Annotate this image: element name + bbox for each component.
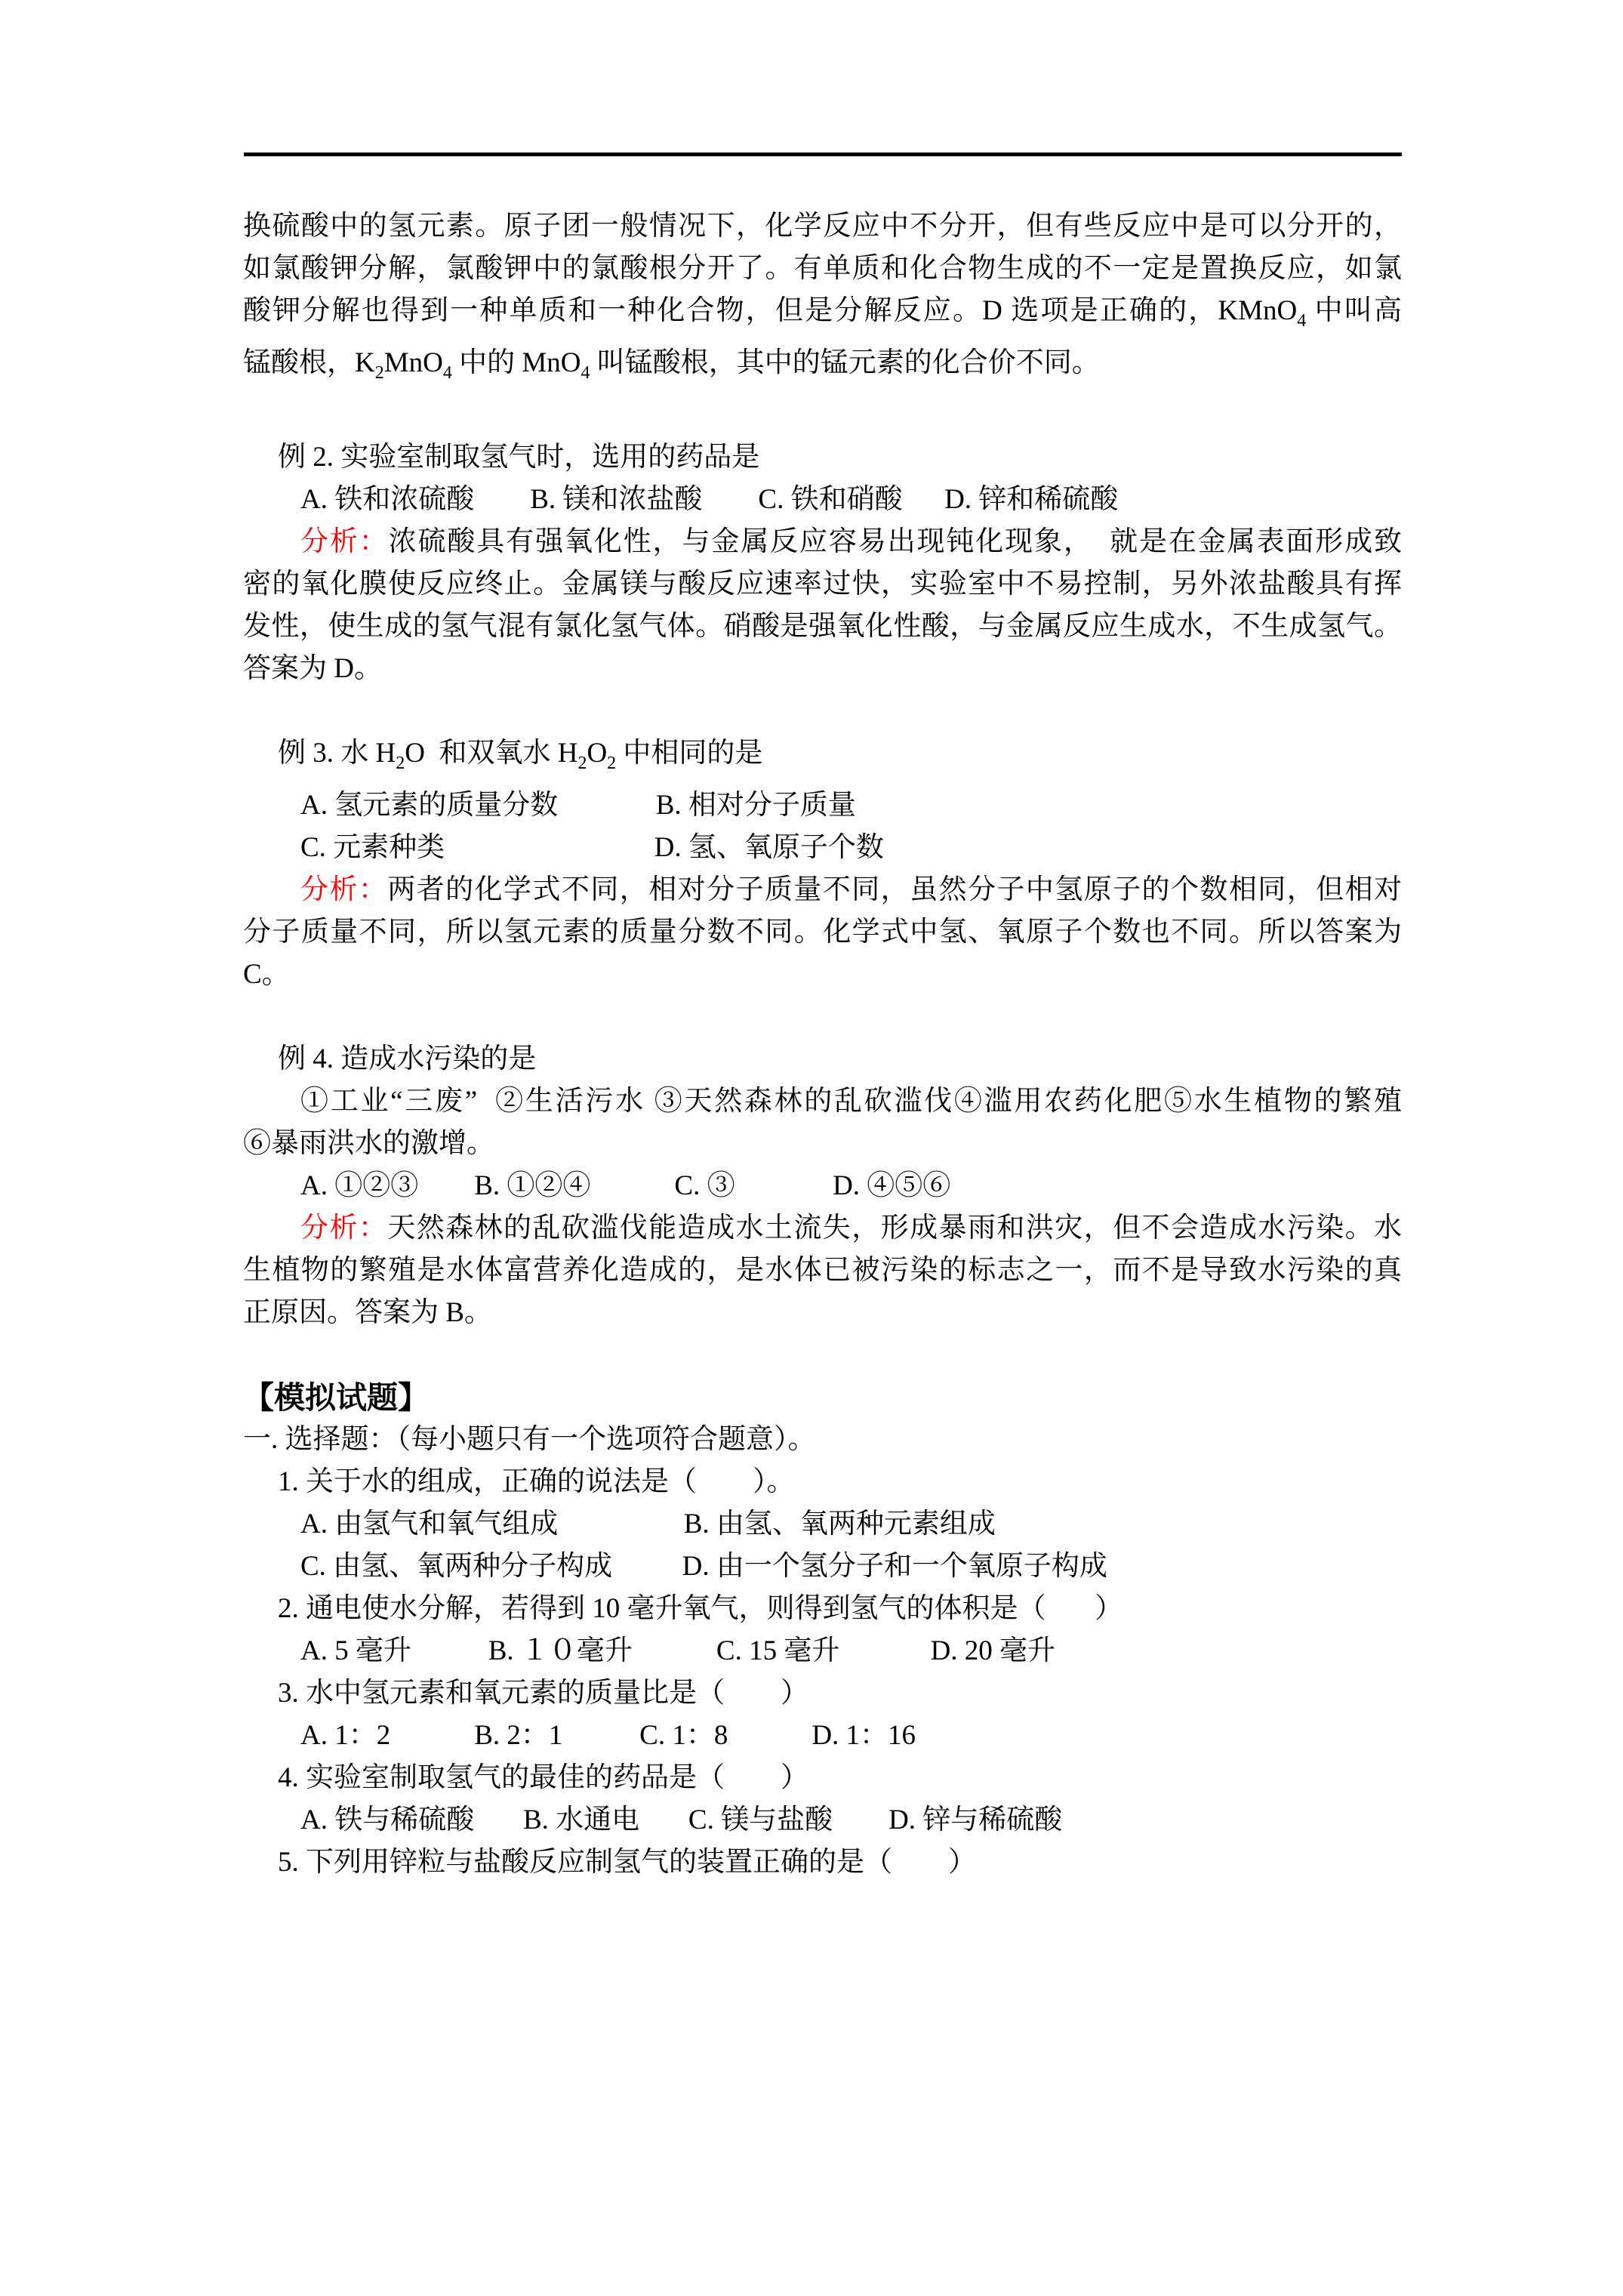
example-4-options: A. ①②③ B. ①②④ C. ③ D. ④⑤⑥ [243, 1165, 1402, 1207]
question-3-options: A. 1：2 B. 2：1 C. 1：8 D. 1：16 [243, 1715, 1402, 1757]
example-4-analysis: 生植物的繁殖是水体富营养化造成的，是水体已被污染的标志之一，而不是导致水污染的真 [243, 1250, 1402, 1292]
example-2-analysis: 分析：浓硫酸具有强氧化性，与金属反应容易出现钝化现象， 就是在金属表面形成致 [243, 521, 1402, 563]
question-1-options: C. 由氢、氧两种分子构成 D. 由一个氢分子和一个氧原子构成 [243, 1546, 1402, 1588]
example-2-analysis: 密的氧化膜使反应终止。金属镁与酸反应速率过快，实验室中不易控制，另外浓盐酸具有挥 [243, 563, 1402, 606]
analysis-label: 分析： [300, 874, 387, 905]
analysis-label: 分析： [300, 1213, 387, 1244]
intro-paragraph: 换硫酸中的氢元素。原子团一般情况下，化学反应中不分开，但有些反应中是可以分开的，… [243, 205, 1402, 394]
example-4-answer: 正原因。答案为 B。 [243, 1292, 1402, 1334]
example-3-section: 例 3. 水 H2O 和双氧水 H2O2 中相同的是A. 氢元素的质量分数 B.… [243, 732, 1402, 996]
question-2-options: A. 5 毫升 B. １０毫升 C. 15 毫升 D. 20 毫升 [243, 1630, 1402, 1672]
example-2-title: 例 2. 实验室制取氢气时，选用的药品是 [243, 436, 1402, 479]
example-4-section: 例 4. 造成水污染的是①工业“三废” ②生活污水 ③天然森林的乱砍滥伐④滥用农… [243, 1038, 1402, 1334]
example-4-items: ⑥暴雨洪水的激增。 [243, 1123, 1402, 1165]
document-page: 换硫酸中的氢元素。原子团一般情况下，化学反应中不分开，但有些反应中是可以分开的，… [0, 0, 1623, 2296]
intro-line: 锰酸根，K2MnO4 中的 MnO4 叫锰酸根，其中的锰元素的化合价不同。 [243, 342, 1402, 394]
intro-line: 如氯酸钾分解，氯酸钾中的氯酸根分开了。有单质和化合物生成的不一定是置换反应，如氯 [243, 248, 1402, 290]
example-2-options: A. 铁和浓硫酸 B. 镁和浓盐酸 C. 铁和硝酸 D. 锌和稀硫酸 [243, 479, 1402, 521]
example-3-analysis: 分子质量不同，所以氢元素的质量分数不同。化学式中氢、氧原子个数也不同。所以答案为 [243, 911, 1402, 954]
header-rule [244, 153, 1402, 156]
question-5: 5. 下列用锌粒与盐酸反应制氢气的装置正确的是（ ） [243, 1841, 1402, 1884]
question-4: 4. 实验室制取氢气的最佳的药品是（ ） [243, 1757, 1402, 1799]
example-2-section: 例 2. 实验室制取氢气时，选用的药品是A. 铁和浓硫酸 B. 镁和浓盐酸 C.… [243, 436, 1402, 690]
mock-test-heading: 【模拟试题】 [243, 1376, 1402, 1419]
example-4-items: ①工业“三废” ②生活污水 ③天然森林的乱砍滥伐④滥用农药化肥⑤水生植物的繁殖 [243, 1080, 1402, 1123]
example-3-title: 例 3. 水 H2O 和双氧水 H2O2 中相同的是 [243, 732, 1402, 784]
example-2-answer: 答案为 D。 [243, 648, 1402, 690]
example-4-analysis: 分析：天然森林的乱砍滥伐能造成水土流失，形成暴雨和洪灾，但不会造成水污染。水 [243, 1207, 1402, 1250]
question-3: 3. 水中氢元素和氧元素的质量比是（ ） [243, 1672, 1402, 1715]
example-4-title: 例 4. 造成水污染的是 [243, 1038, 1402, 1080]
intro-line: 酸钾分解也得到一种单质和一种化合物，但是分解反应。D 选项是正确的，KMnO4 … [243, 290, 1402, 342]
example-3-options: A. 氢元素的质量分数 B. 相对分子质量 [243, 784, 1402, 827]
example-3-options: C. 元素种类 D. 氢、氧原子个数 [243, 827, 1402, 869]
mock-test-section: 【模拟试题】一. 选择题：（每小题只有一个选项符合题意）。1. 关于水的组成，正… [243, 1376, 1402, 1884]
question-4-options: A. 铁与稀硫酸 B. 水通电 C. 镁与盐酸 D. 锌与稀硫酸 [243, 1799, 1402, 1841]
example-2-analysis: 发性，使生成的氢气混有氯化氢气体。硝酸是强氧化性酸，与金属反应生成水，不生成氢气… [243, 606, 1402, 648]
question-1-options: A. 由氢气和氧气组成 B. 由氢、氧两种元素组成 [243, 1503, 1402, 1546]
document-content: 换硫酸中的氢元素。原子团一般情况下，化学反应中不分开，但有些反应中是可以分开的，… [243, 205, 1402, 1884]
analysis-label: 分析： [300, 526, 389, 557]
question-2: 2. 通电使水分解，若得到 10 毫升氧气，则得到氢气的体积是（ ） [243, 1588, 1402, 1630]
intro-line: 换硫酸中的氢元素。原子团一般情况下，化学反应中不分开，但有些反应中是可以分开的， [243, 205, 1402, 248]
question-1: 1. 关于水的组成，正确的说法是（ ）。 [243, 1461, 1402, 1503]
example-3-answer: C。 [243, 954, 1402, 996]
example-3-analysis: 分析：两者的化学式不同，相对分子质量不同，虽然分子中氢原子的个数相同，但相对 [243, 869, 1402, 911]
mock-section-1-title: 一. 选择题：（每小题只有一个选项符合题意）。 [243, 1419, 1402, 1461]
